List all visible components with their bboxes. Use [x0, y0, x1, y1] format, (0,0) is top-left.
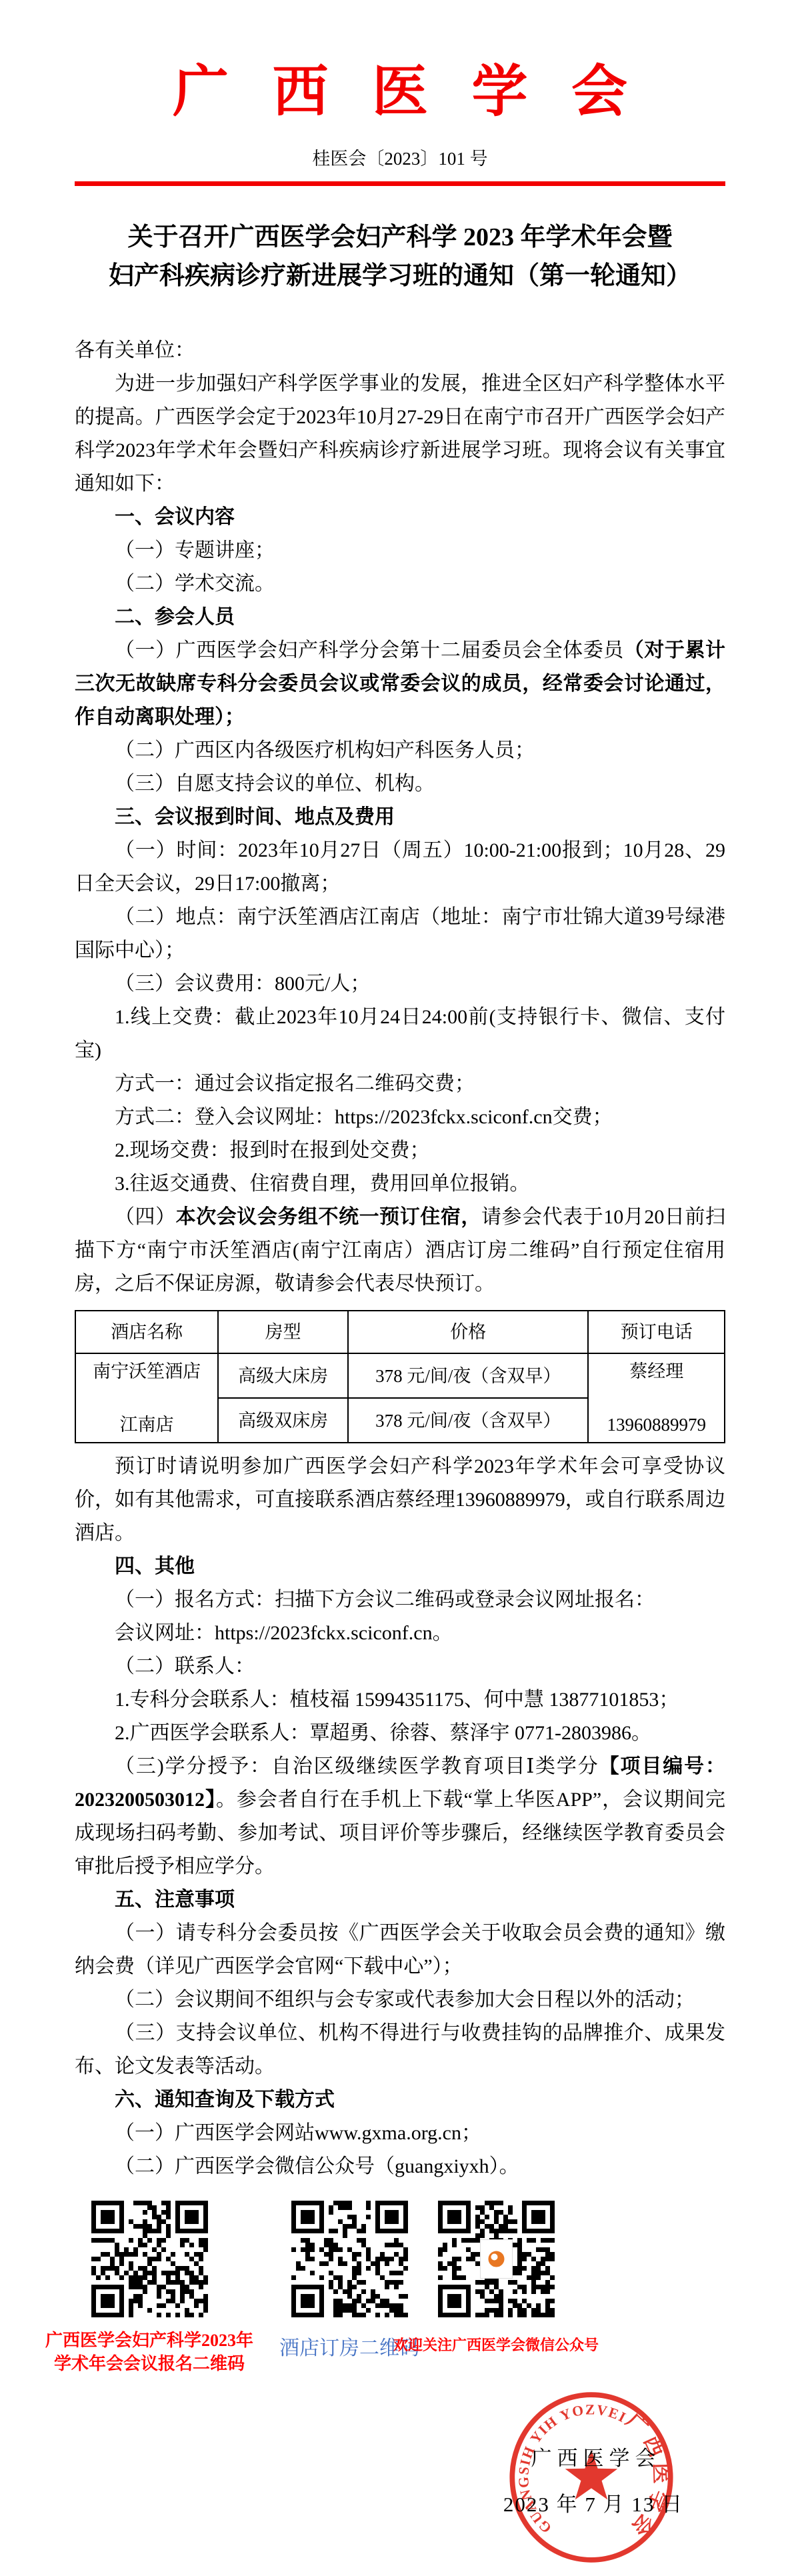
text-run: （三）会议费用：800元/人；	[115, 973, 370, 995]
document-title: 关于召开广西医学会妇产科学 2023 年学术年会暨 妇产科疾病诊疗新进展学习班的…	[75, 218, 725, 295]
title-line-2: 妇产科疾病诊疗新进展学习班的通知（第一轮通知）	[75, 257, 725, 295]
hotel-table: 酒店名称 房型 价格 预订电话 南宁沃笙酒店 江南店 高级大床房 378 元/间…	[75, 1310, 725, 1443]
paragraph: （一）广西医学会妇产科学分会第十二届委员会全体委员（对于累计三次无故缺席专科分会…	[75, 634, 725, 734]
text-run: 1.专科分会联系人：植枝福 15994351175、何中慧 1387710185…	[115, 1689, 679, 1711]
paragraph: 会议网址：https://2023fckx.sciconf.cn。	[75, 1617, 725, 1650]
text-run: 六、通知查询及下载方式	[115, 2089, 335, 2111]
body-section-1: 各有关单位：为进一步加强妇产科学医学事业的发展，推进全区妇产科学整体水平的提高。…	[75, 334, 725, 1301]
text-run: 3.往返交通费、住宿费自理，费用回单位报销。	[115, 1173, 530, 1195]
wechat-qr-caption: 欢迎关注广西医学会微信公众号	[389, 2334, 603, 2355]
qr-row: 广西医学会妇产科学2023年 学术年会会议报名二维码 酒店订房二维码 欢迎关注广…	[75, 2201, 725, 2387]
paragraph: 1.线上交费：截止2023年10月24日24:00前(支持银行卡、微信、支付宝)	[75, 1001, 725, 1067]
paragraph: （一）广西医学会网站www.gxma.org.cn；	[75, 2117, 725, 2150]
document-content: 广西医学会 桂医会〔2023〕101 号 关于召开广西医学会妇产科学 2023 …	[0, 57, 800, 2387]
paragraph: （三)学分授予：自治区级继续医学教育项目Ⅰ类学分【项目编号：2023200503…	[75, 1750, 725, 1883]
section-heading: 五、注意事项	[75, 1883, 725, 1917]
section-heading: 四、其他	[75, 1550, 725, 1583]
text-run: （二）学术交流。	[115, 573, 275, 595]
paragraph: （一）报名方式：扫描下方会议二维码或登录会议网址报名：	[75, 1583, 725, 1617]
hotel-name-line: 江南店	[120, 1415, 174, 1435]
paragraph: 2.广西医学会联系人：覃超勇、徐蓉、蔡泽宇 0771-2803986。	[75, 1717, 725, 1750]
paragraph: （三）会议费用：800元/人；	[75, 967, 725, 1001]
paragraph: 2.现场交费：报到时在报到处交费；	[75, 1134, 725, 1167]
text-run: 为进一步加强妇产科学医学事业的发展，推进全区妇产科学整体水平的提高。广西医学会定…	[75, 373, 725, 495]
text-run: 五、注意事项	[115, 1889, 235, 1911]
doc-number: 桂医会〔2023〕101 号	[75, 145, 725, 172]
text-run: （三)学分授予：自治区级继续医学教育项目Ⅰ类学分	[115, 1755, 599, 1777]
table-header-cell: 价格	[348, 1311, 588, 1353]
hotel-name-line: 南宁沃笙酒店	[93, 1361, 201, 1381]
text-run: （二）会议期间不组织与会专家或代表参加大会日程以外的活动；	[115, 1989, 695, 2011]
text-run: （四）	[115, 1206, 176, 1228]
paragraph: （四）本次会议会务组不统一预订住宿，请参会代表于10月20日前扫描下方“南宁市沃…	[75, 1201, 725, 1301]
paragraph: 预订时请说明参加广西医学会妇产科学2023年学术年会可享受协议价，如有其他需求，…	[75, 1450, 725, 1550]
text-run: （一）报名方式：扫描下方会议二维码或登录会议网址报名：	[115, 1589, 655, 1611]
paragraph: 方式二：登入会议网址：https://2023fckx.sciconf.cn交费…	[75, 1101, 725, 1134]
text-run: 方式二：登入会议网址：https://2023fckx.sciconf.cn交费…	[115, 1106, 613, 1128]
paragraph: 各有关单位：	[75, 334, 725, 367]
text-run: （一）广西医学会网站www.gxma.org.cn；	[115, 2122, 481, 2144]
section-heading: 三、会议报到时间、地点及费用	[75, 801, 725, 834]
title-line-1: 关于召开广西医学会妇产科学 2023 年学术年会暨	[75, 218, 725, 257]
paragraph: 3.往返交通费、住宿费自理，费用回单位报销。	[75, 1167, 725, 1201]
text-run: 一、会议内容	[115, 506, 235, 528]
price-cell: 378 元/间/夜（含双早）	[348, 1398, 588, 1443]
room-type-cell: 高级大床房	[218, 1353, 348, 1398]
contact-name: 蔡经理	[629, 1361, 683, 1381]
table-header-cell: 预订电话	[588, 1311, 725, 1353]
paragraph: （三）自愿支持会议的单位、机构。	[75, 767, 725, 801]
paragraph: （一）时间：2023年10月27日（周五）10:00-21:00报到；10月28…	[75, 834, 725, 901]
paragraph: 方式一：通过会议指定报名二维码交费；	[75, 1067, 725, 1101]
text-run: 1.线上交费：截止2023年10月24日24:00前(支持银行卡、微信、支付宝)	[75, 1006, 725, 1061]
document-page: 广西医学会 桂医会〔2023〕101 号 关于召开广西医学会妇产科学 2023 …	[0, 0, 800, 2576]
table-header-row: 酒店名称 房型 价格 预订电话	[75, 1311, 725, 1353]
paragraph: （二）广西区内各级医疗机构妇产科医务人员；	[75, 734, 725, 767]
text-run: （一）专题讲座；	[115, 539, 275, 561]
paragraph: （二）地点：南宁沃笙酒店江南店（地址：南宁市壮锦大道39号绿港国际中心）；	[75, 901, 725, 967]
text-run: 二、参会人员	[115, 606, 235, 628]
red-divider	[75, 181, 725, 186]
paragraph: 为进一步加强妇产科学医学事业的发展，推进全区妇产科学整体水平的提高。广西医学会定…	[75, 367, 725, 501]
paragraph: 1.专科分会联系人：植枝福 15994351175、何中慧 1387710185…	[75, 1683, 725, 1717]
text-run: （二）联系人：	[115, 1655, 255, 1677]
hotel-name-cell: 南宁沃笙酒店 江南店	[75, 1353, 218, 1443]
wechat-qr-figure: 欢迎关注广西医学会微信公众号	[389, 2201, 603, 2355]
text-run: （三）自愿支持会议的单位、机构。	[115, 773, 435, 795]
paragraph: （一）专题讲座；	[75, 534, 725, 567]
caption-line: 学术年会会议报名二维码	[54, 2354, 245, 2373]
text-run: （二）广西区内各级医疗机构妇产科医务人员；	[115, 739, 535, 761]
wechat-qr-code	[438, 2201, 555, 2317]
text-run: 三、会议报到时间、地点及费用	[115, 806, 395, 828]
text-run: （三）支持会议单位、机构不得进行与收费挂钩的品牌推介、成果发布、论文发表等活动。	[75, 2022, 725, 2077]
text-run: 本次会议会务组不统一预订住宿，	[176, 1206, 481, 1228]
price-cell: 378 元/间/夜（含双早）	[348, 1353, 588, 1398]
paragraph: （一）请专科分会委员按《广西医学会关于收取会员会费的通知》缴纳会费（详见广西医学…	[75, 1917, 725, 1983]
table-row: 南宁沃笙酒店 江南店 高级大床房 378 元/间/夜（含双早） 蔡经理 1396…	[75, 1353, 725, 1398]
section-heading: 二、参会人员	[75, 601, 725, 634]
body-section-2: 预订时请说明参加广西医学会妇产科学2023年学术年会可享受协议价，如有其他需求，…	[75, 1450, 725, 2183]
registration-qr-figure: 广西医学会妇产科学2023年 学术年会会议报名二维码	[43, 2201, 256, 2375]
paragraph: （二）广西医学会微信公众号（guangxiyxh）。	[75, 2150, 725, 2183]
caption-line: 广西医学会妇产科学2023年	[45, 2331, 253, 2350]
text-run: （一）时间：2023年10月27日（周五）10:00-21:00报到；10月28…	[75, 839, 725, 895]
section-heading: 一、会议内容	[75, 501, 725, 534]
text-run: （一）请专科分会委员按《广西医学会关于收取会员会费的通知》缴纳会费（详见广西医学…	[75, 1922, 725, 1977]
table-header-cell: 酒店名称	[75, 1311, 218, 1353]
text-run: 四、其他	[115, 1555, 195, 1577]
paragraph: （三）支持会议单位、机构不得进行与收费挂钩的品牌推介、成果发布、论文发表等活动。	[75, 2017, 725, 2083]
contact-phone: 13960889979	[607, 1415, 706, 1435]
seal-cjk-text: 广西医学会	[621, 2409, 673, 2543]
text-run: 各有关单位：	[75, 339, 195, 361]
official-seal: GUANGSIH YIH YOZVEI 广西医学会	[505, 2388, 677, 2567]
text-run: 2.广西医学会联系人：覃超勇、徐蓉、蔡泽宇 0771-2803986。	[115, 1722, 651, 1744]
text-run: （二）地点：南宁沃笙酒店江南店（地址：南宁市壮锦大道39号绿港国际中心）；	[75, 906, 725, 961]
text-run: 方式一：通过会议指定报名二维码交费；	[115, 1073, 475, 1095]
text-run: （一）广西医学会妇产科学分会第十二届委员会全体委员	[115, 639, 624, 661]
text-run: （二）广西医学会微信公众号（guangxiyxh）。	[115, 2155, 519, 2177]
room-type-cell: 高级双床房	[218, 1398, 348, 1443]
contact-cell: 蔡经理 13960889979	[588, 1353, 725, 1443]
registration-qr-caption: 广西医学会妇产科学2023年 学术年会会议报名二维码	[43, 2329, 256, 2375]
registration-qr-code	[91, 2201, 208, 2317]
section-heading: 六、通知查询及下载方式	[75, 2083, 725, 2117]
text-run: 会议网址：https://2023fckx.sciconf.cn。	[115, 1622, 453, 1644]
paragraph: （二）联系人：	[75, 1650, 725, 1683]
table-header-cell: 房型	[218, 1311, 348, 1353]
paragraph: （二）学术交流。	[75, 567, 725, 601]
star-icon	[565, 2450, 618, 2500]
paragraph: （二）会议期间不组织与会专家或代表参加大会日程以外的活动；	[75, 1983, 725, 2017]
text-run: 2.现场交费：报到时在报到处交费；	[115, 1139, 430, 1161]
org-name: 广西医学会	[75, 57, 725, 128]
text-run: 预订时请说明参加广西医学会妇产科学2023年学术年会可享受协议价，如有其他需求，…	[75, 1455, 725, 1544]
